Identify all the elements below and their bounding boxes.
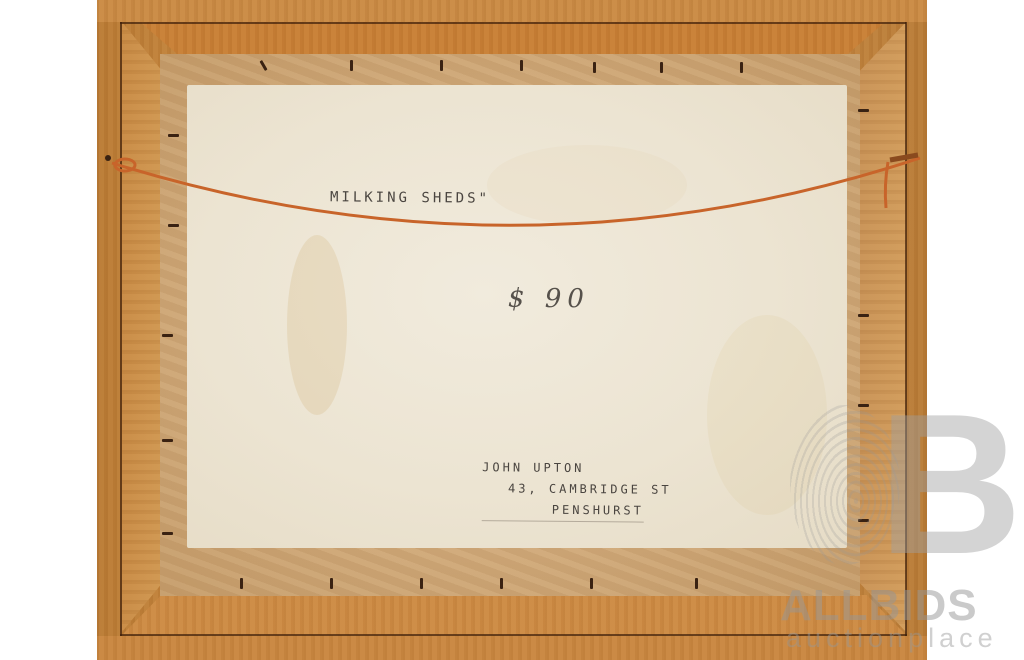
artist-name: JOHN UPTON — [482, 457, 672, 480]
tack — [168, 224, 179, 227]
tack — [240, 578, 243, 589]
tack — [858, 109, 869, 112]
frame-seam-bottom — [120, 634, 907, 636]
tack — [590, 578, 593, 589]
frame-seam-right — [905, 22, 907, 636]
address-street: 43, CAMBRIDGE ST — [482, 478, 672, 501]
frame-top-inner-rail — [140, 22, 885, 54]
tack — [740, 62, 743, 73]
tack — [858, 314, 869, 317]
tack — [660, 62, 663, 73]
tack — [350, 60, 353, 71]
tack — [420, 578, 423, 589]
artist-address-inscription: JOHN UPTON 43, CAMBRIDGE ST PENSHURST — [482, 457, 672, 523]
tack — [858, 519, 869, 522]
tack — [500, 578, 503, 589]
tack — [593, 62, 596, 73]
address-suburb: PENSHURST — [482, 499, 644, 522]
frame-left-inner-rail — [122, 22, 162, 632]
frame-bottom-inner-rail — [122, 595, 906, 635]
tack — [162, 532, 173, 535]
tack — [162, 334, 173, 337]
tack — [858, 404, 869, 407]
frame-bottom-outer-rail — [97, 636, 927, 660]
tack — [330, 578, 333, 589]
tack — [440, 60, 443, 71]
painting-back-photo: MILKING SHEDS" $ 90 JOHN UPTON 43, CAMBR… — [0, 0, 1024, 660]
frame-right-inner-rail — [860, 22, 906, 632]
frame-seam-left — [120, 22, 122, 636]
tack — [162, 439, 173, 442]
frame-top-rail — [97, 0, 927, 22]
painting-title-inscription: MILKING SHEDS" — [330, 189, 490, 206]
tack — [168, 134, 179, 137]
tack — [695, 578, 698, 589]
tack — [520, 60, 523, 71]
frame-seam-top — [120, 22, 906, 24]
price-inscription: $ 90 — [508, 284, 590, 315]
